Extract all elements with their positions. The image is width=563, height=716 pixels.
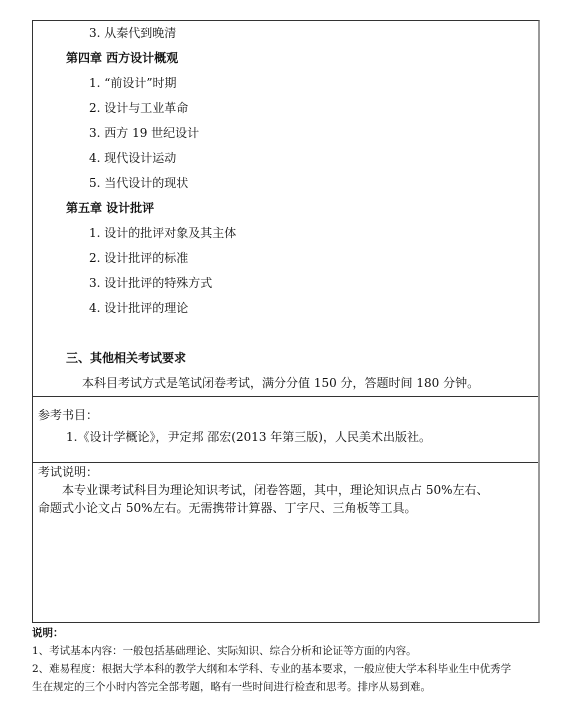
syllabus-content-cell: 3. 从秦代到晚清 第四章 西方设计概观 1. “前设计”时期 2. 设计与工业… (33, 21, 538, 396)
chapter4-item-4: 4. 现代设计运动 (89, 150, 176, 166)
exam-notes-label: 考试说明： (38, 464, 98, 480)
footer-line-2: 2、难易程度：根据大学本科的教学大纲和本学科、专业的基本要求，一般应使大学本科毕… (32, 662, 511, 676)
footer-title: 说明： (32, 626, 64, 640)
chapter4-item-1: 1. “前设计”时期 (89, 75, 177, 91)
chapter5-item-2: 2. 设计批评的标准 (89, 250, 188, 266)
exam-notes-line-1: 本专业课考试科目为理论知识考试，闭卷答题，其中，理论知识点占 50%左右、 (62, 482, 489, 498)
exam-notes-cell: 考试说明： 本专业课考试科目为理论知识考试，闭卷答题，其中，理论知识点占 50%… (33, 462, 538, 624)
chapter4-item-3: 3. 西方 19 世纪设计 (89, 125, 199, 141)
references-label: 参考书目： (38, 407, 98, 423)
chapter4-item-2: 2. 设计与工业革命 (89, 100, 188, 116)
chapter5-item-3: 3. 设计批评的特殊方式 (89, 275, 212, 291)
chapter5-title: 第五章 设计批评 (66, 200, 154, 216)
chapter5-item-4: 4. 设计批评的理论 (89, 300, 188, 316)
exam-notes-line-2: 命题式小论文占 50%左右。无需携带计算器、丁字尺、三角板等工具。 (38, 500, 417, 516)
chapter3-item-3: 3. 从秦代到晚清 (89, 25, 176, 41)
chapter4-title: 第四章 西方设计概观 (66, 50, 178, 66)
section3-text: 本科目考试方式是笔试闭卷考试，满分分值 150 分，答题时间 180 分钟。 (82, 375, 479, 391)
chapter5-item-1: 1. 设计的批评对象及其主体 (89, 225, 236, 241)
chapter4-item-5: 5. 当代设计的现状 (89, 175, 188, 191)
syllabus-table: 3. 从秦代到晚清 第四章 西方设计概观 1. “前设计”时期 2. 设计与工业… (32, 20, 540, 623)
footer-line-1: 1、考试基本内容：一般包括基础理论、实际知识、综合分析和论证等方面的内容。 (32, 644, 417, 658)
footer-line-3: 生在规定的三个小时内答完全部考题，略有一些时间进行检查和思考。排序从易到难。 (32, 680, 431, 694)
reference-item-1: 1.《设计学概论》，尹定邦 邵宏(2013 年第三版)，人民美术出版社。 (66, 429, 431, 445)
section3-title: 三、其他相关考试要求 (66, 350, 186, 366)
references-cell: 参考书目： 1.《设计学概论》，尹定邦 邵宏(2013 年第三版)，人民美术出版… (33, 396, 538, 462)
